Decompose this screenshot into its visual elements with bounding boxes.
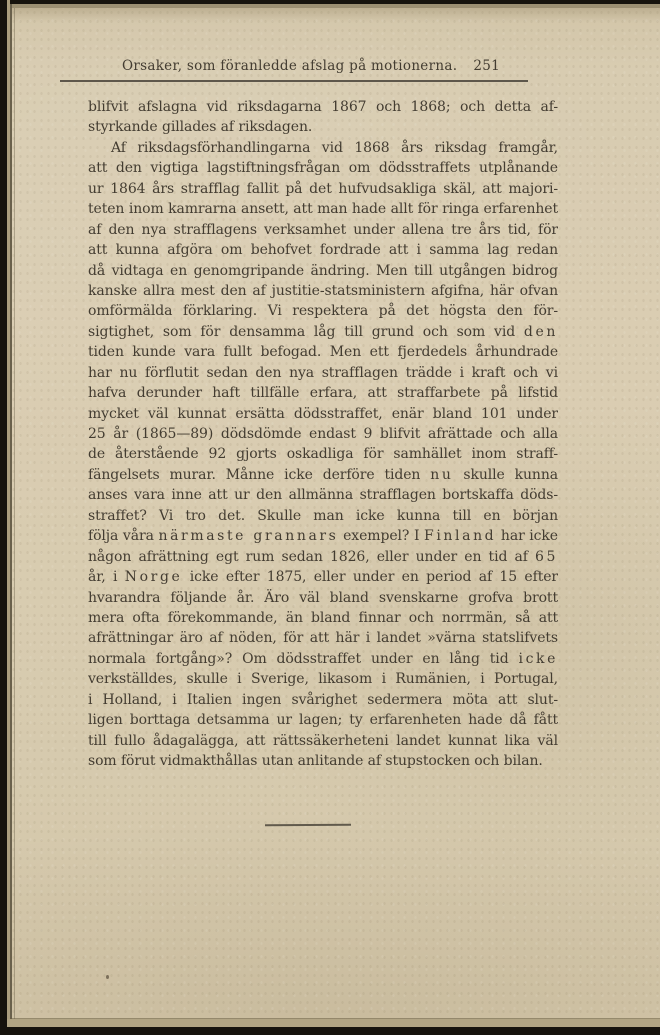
text-line: afrättningar äro af nöden, för att här i… bbox=[88, 628, 558, 648]
text-line: i Holland, i Italien ingen svårighet sed… bbox=[88, 690, 558, 710]
text-line: ligen borttaga detsamma ur lagen; ty erf… bbox=[88, 710, 558, 730]
page-crease-line bbox=[14, 8, 15, 1022]
text-line: omförmälda förklaring. Vi respektera på … bbox=[88, 301, 558, 321]
text-line: af den nya strafflagens verksamhet under… bbox=[88, 220, 558, 240]
text-line: anses vara inne att ur den allmänna stra… bbox=[88, 485, 558, 505]
text-line: någon afrättning egt rum sedan 1826, ell… bbox=[88, 547, 558, 567]
text-line: verkställdes, skulle i Sverige, likasom … bbox=[88, 669, 558, 689]
scan-edge-left bbox=[0, 0, 7, 1035]
text-line: ur 1864 års strafflag fallit på det hufv… bbox=[88, 179, 558, 199]
page-edge-bottom bbox=[7, 1019, 660, 1027]
text-line: fängelsets murar. Månne icke derföre tid… bbox=[88, 465, 558, 485]
header-title: Orsaker, som föranledde afslag på motion… bbox=[122, 58, 457, 74]
scan-speck bbox=[106, 975, 109, 979]
text-line: blifvit afslagna vid riksdagarna 1867 oc… bbox=[88, 97, 558, 117]
text-line: Af riksdagsförhandlingarna vid 1868 års … bbox=[88, 138, 558, 158]
text-line: tiden kunde vara fullt befogad. Men ett … bbox=[88, 342, 558, 362]
text-line: 25 år (1865—89) dödsdömde endast 9 blifv… bbox=[88, 424, 558, 444]
text-line: hafva derunder haft tillfälle erfara, at… bbox=[88, 383, 558, 403]
page-number: 251 bbox=[473, 58, 500, 74]
text-line: teten inom kamrarna ansett, att man hade… bbox=[88, 199, 558, 219]
text-line: normala fortgång»? Om dödsstraffet under… bbox=[88, 649, 558, 669]
scan-edge-bottom bbox=[0, 1027, 660, 1035]
page-edge-left-shadow bbox=[10, 4, 12, 1035]
running-header: Orsaker, som föranledde afslag på motion… bbox=[60, 56, 528, 82]
text-line: mera ofta förekommande, än bland finnar … bbox=[88, 608, 558, 628]
text-line: år, i Norge icke efter 1875, eller under… bbox=[88, 567, 558, 587]
text-line: kanske allra mest den af justitie-statsm… bbox=[88, 281, 558, 301]
text-line: att den vigtiga lagstiftningsfrågan om d… bbox=[88, 158, 558, 178]
text-line: har nu förflutit sedan den nya strafflag… bbox=[88, 363, 558, 383]
text-line: då vidtaga en genomgripande ändring. Men… bbox=[88, 261, 558, 281]
text-line: hvarandra följande år. Äro väl bland sve… bbox=[88, 588, 558, 608]
scanned-book-page: { "document": { "colors": { "paper": "#d… bbox=[0, 0, 660, 1035]
text-line: att kunna afgöra om behofvet fordrade at… bbox=[88, 240, 558, 260]
text-line: de återstående 92 gjorts oskadliga för s… bbox=[88, 444, 558, 464]
text-line: följa våra närmaste grannars exempel? I … bbox=[88, 526, 558, 546]
body-text: blifvit afslagna vid riksdagarna 1867 oc… bbox=[88, 97, 558, 771]
text-line: sigtighet, som för densamma låg till gru… bbox=[88, 322, 558, 342]
text-line: styrkande gillades af riksdagen. bbox=[88, 117, 558, 137]
text-line: straffet? Vi tro det. Skulle man icke ku… bbox=[88, 506, 558, 526]
text-line: mycket väl kunnat ersätta dödsstraffet, … bbox=[88, 404, 558, 424]
text-line: som förut vidmakthållas utan anlitande a… bbox=[88, 751, 558, 771]
text-line: till fullo ådagalägga, att rättssäkerhet… bbox=[88, 731, 558, 751]
page-edge-top-shadow bbox=[10, 8, 660, 22]
